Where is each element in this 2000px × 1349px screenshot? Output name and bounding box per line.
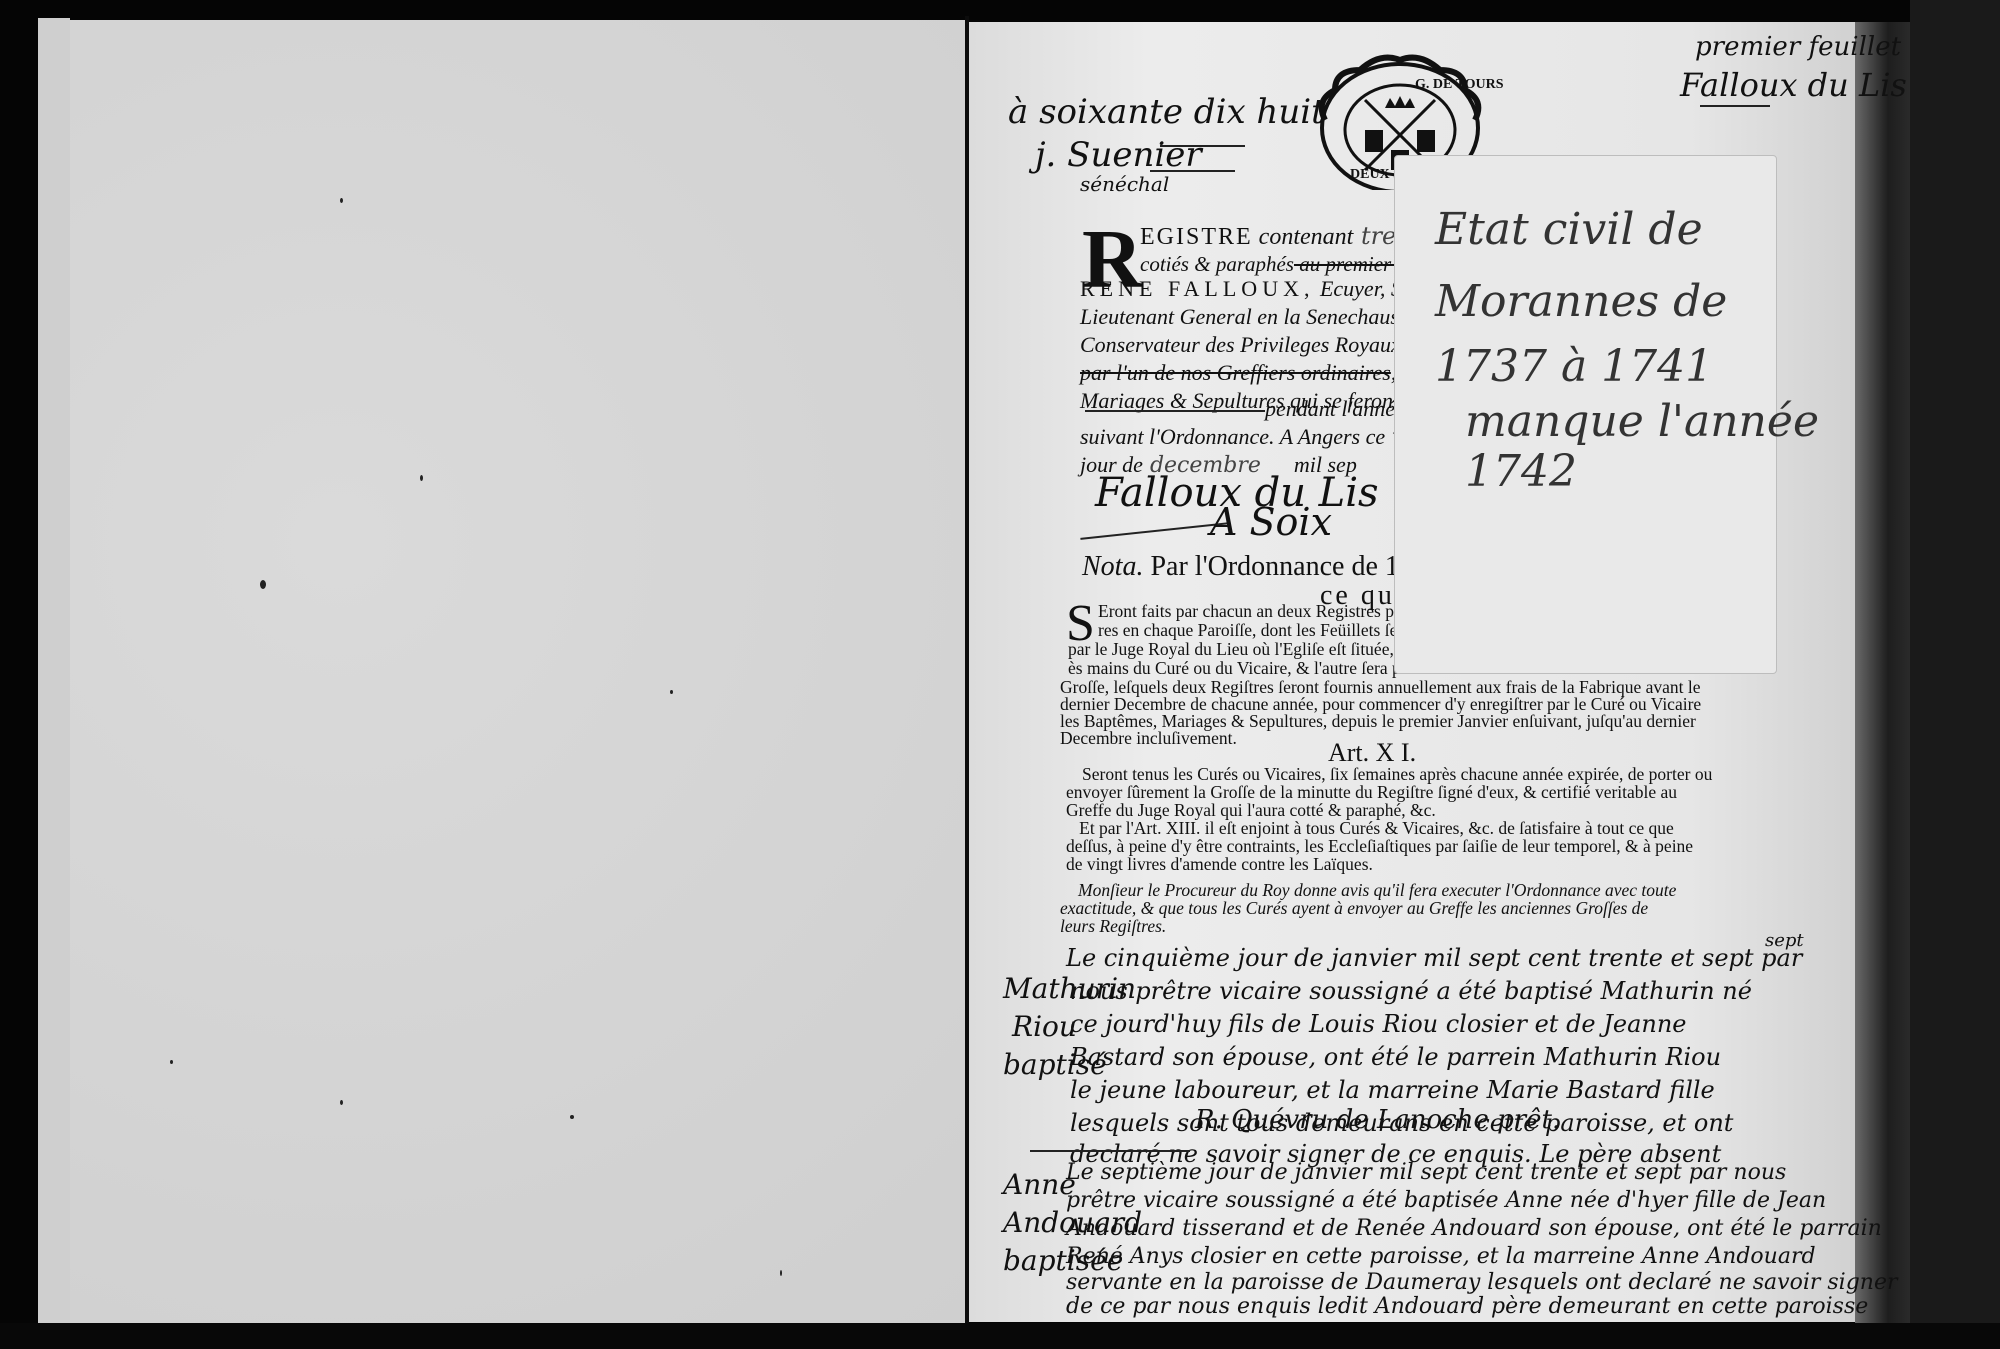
entry-1-line-3: ce jourd'huy fils de Louis Riou closier …	[1070, 1010, 1687, 1038]
header-struck-greffiers: par l'un de nos Greffiers ordinaires	[1080, 360, 1391, 385]
entry-2-line-1: Le septième jour de janvier mil sept cen…	[1066, 1160, 1786, 1185]
flourish-line	[1150, 170, 1235, 172]
entry-2-line-2: prêtre vicaire soussigné a été baptisée …	[1066, 1188, 1826, 1213]
entry-2-line-4: René Anys closier en cette paroisse, et …	[1066, 1244, 1816, 1269]
label-line-2: Morannes de	[1435, 276, 1727, 327]
header-contenant: contenant	[1253, 224, 1354, 250]
paper-speck	[340, 198, 343, 203]
entry-1-line-2: nous prêtre vicaire soussigné a été bapt…	[1070, 977, 1752, 1005]
paper-speck	[780, 1270, 782, 1276]
seal-text-top: G. DE TOURS	[1415, 77, 1504, 92]
header-rene-falloux: RENE FALLOUX,	[1080, 276, 1314, 301]
entry-2-margin-name: Anne	[1003, 1168, 1076, 1201]
left-page-edge	[38, 18, 70, 1323]
nota-label: Nota.	[1082, 551, 1143, 582]
header-line-4: Lieutenant General en la Senechaussée a	[1080, 304, 1444, 330]
annotation-soixante-dix-huit: à soixante dix huit	[1008, 92, 1325, 132]
nota-line-3: par le Juge Royal du Lieu où l'Egliſe eſ…	[1068, 639, 1403, 660]
header-line-1: EGISTRE contenant trente	[1140, 222, 1436, 251]
entry-1-signature: R. Quévru de Lanoche prêt.	[1195, 1105, 1560, 1135]
entry-separator	[1030, 1150, 1190, 1152]
header-registre: EGISTRE	[1140, 224, 1253, 250]
flourish-line	[1160, 145, 1245, 147]
paper-speck	[260, 580, 266, 589]
header-cotes: cotiés & paraphés	[1140, 252, 1294, 276]
paper-speck	[670, 690, 673, 694]
left-page-blank	[70, 20, 965, 1323]
header-line-3: RENE FALLOUX, Ecuyer, Se	[1080, 276, 1412, 302]
blank-line	[1085, 410, 1265, 412]
entry-1-line-4: Bastard son épouse, ont été le parrein M…	[1070, 1043, 1721, 1071]
right-page-stack-edge	[1855, 22, 1910, 1327]
entry-2-line-6: de ce par nous enquis ledit Andouard pèr…	[1066, 1294, 1868, 1319]
bottom-shadow	[0, 1323, 2000, 1349]
paper-speck	[340, 1100, 343, 1105]
entry-1-line-1: Le cinquième jour de janvier mil sept ce…	[1066, 944, 1802, 972]
flourish-line	[1700, 105, 1770, 107]
archive-label: Etat civil de Morannes de 1737 à 1741 ma…	[1394, 155, 1777, 674]
entry-2-line-5: servante en la paroisse de Daumeray lesq…	[1066, 1270, 1897, 1295]
nota-line-1: Eront faits par chacun an deux Registres…	[1098, 601, 1411, 622]
header-line-5: Conservateur des Privileges Royaux de l'	[1080, 332, 1443, 358]
label-line-1: Etat civil de	[1435, 204, 1703, 255]
entry-2-line-3: Andouard tisserand et de Renée Andouard …	[1066, 1216, 1882, 1241]
annotation-premier-feuillet: premier feuillet	[1695, 32, 1901, 62]
entry-1-line-5: le jeune laboureur, et la marreine Marie…	[1070, 1076, 1715, 1104]
label-line-4: manque l'année	[1465, 396, 1819, 447]
header-line-6: par l'un de nos Greffiers ordinaires, po…	[1080, 360, 1435, 386]
annotation-falloux-du-lis: Falloux du Lis	[1680, 66, 1907, 104]
header-line-2: cotiés & paraphés au premier &	[1140, 252, 1413, 277]
label-line-3: 1737 à 1741	[1435, 341, 1713, 392]
notice-line-3: leurs Regiſtres.	[1060, 916, 1166, 937]
entry-1-margin-surname: Riou	[1012, 1010, 1077, 1043]
paper-speck	[570, 1115, 574, 1119]
handwritten-soixante: A Soix	[1210, 500, 1332, 544]
annotation-signature: j. Suenier	[1035, 135, 1202, 175]
label-line-5: 1742	[1465, 446, 1577, 497]
nota-line-8: Decembre incluſivement.	[1060, 728, 1237, 749]
header-angers: suivant l'Ordonnance. A Angers ce	[1080, 424, 1385, 449]
article-line-6: de vingt livres d'amende contre les Laïq…	[1066, 854, 1373, 875]
nota-line-2: res en chaque Paroiſſe, dont les Feüille…	[1098, 620, 1412, 641]
paper-speck	[420, 475, 423, 481]
annotation-senechal: sénéchal	[1080, 172, 1169, 196]
paper-speck	[170, 1060, 173, 1064]
book-cover-right	[1910, 0, 2000, 1349]
nota-heading: Nota. Par l'Ordonnance de 1667.	[1082, 551, 1448, 583]
nota-line-4: ès mains du Curé ou du Vicaire, & l'autr…	[1068, 658, 1401, 679]
